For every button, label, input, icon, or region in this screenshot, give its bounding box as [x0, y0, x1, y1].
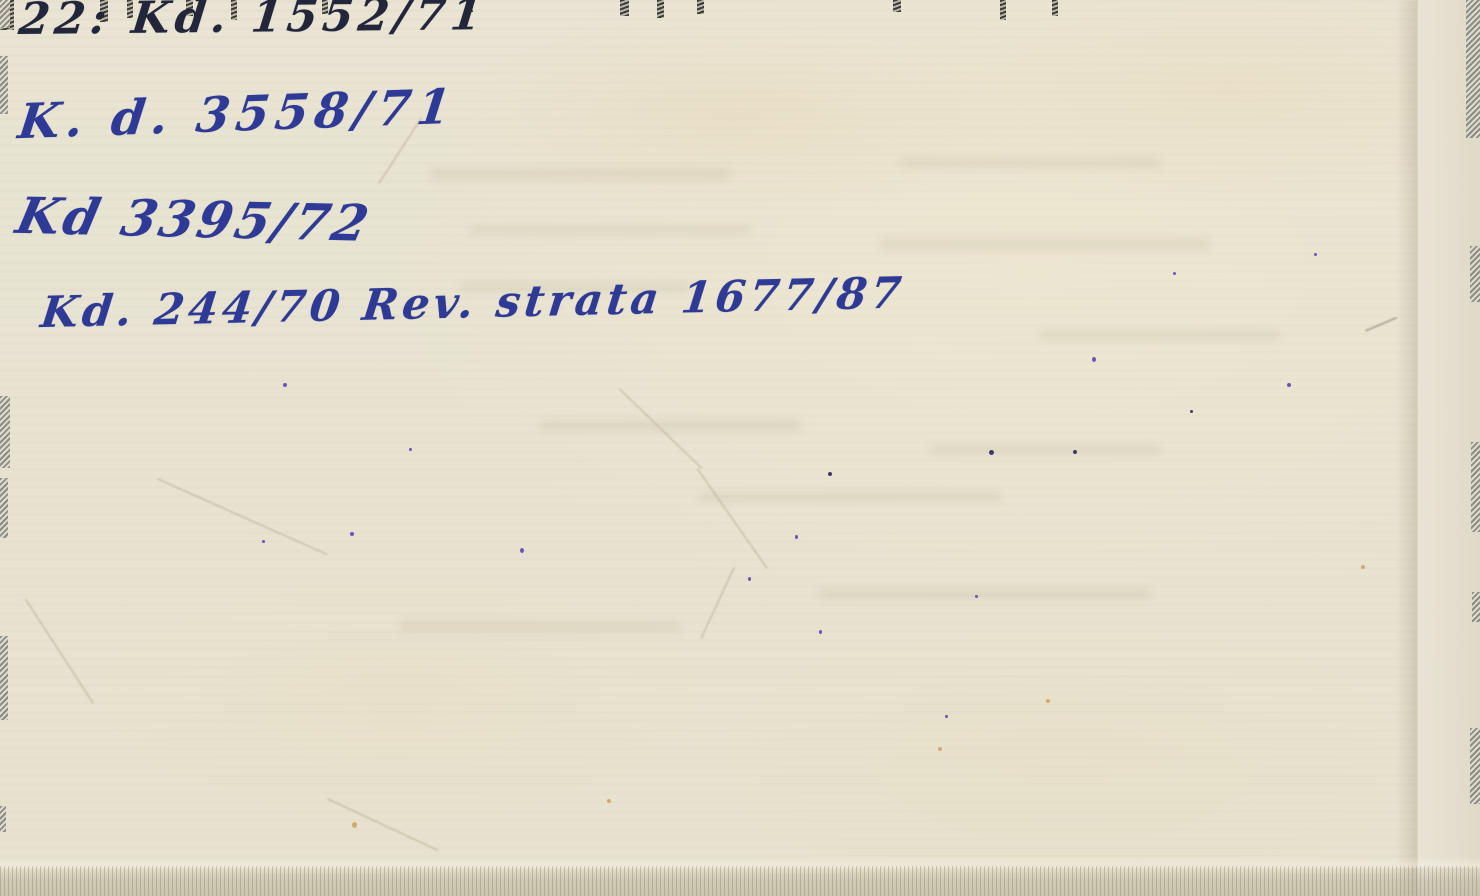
scan-edge-right — [1471, 442, 1480, 532]
bleed-through-smudge — [540, 420, 800, 432]
bleed-through-smudge — [820, 588, 1150, 600]
bleed-through-smudge — [430, 168, 730, 180]
ink-speckle — [1287, 383, 1291, 387]
scanned-card: 22: Kd. 1552/71 K. d. 3558/71 Kd 3395/72… — [0, 0, 1480, 896]
scan-edge-right — [1470, 246, 1480, 302]
paper-crease — [700, 567, 735, 639]
ink-speckle — [975, 595, 978, 598]
scan-edge-right — [1472, 592, 1480, 622]
rust-fleck — [352, 822, 357, 828]
card-bottom-edge-shadow — [0, 866, 1480, 896]
scan-edge-left — [0, 0, 10, 28]
bleed-through-smudge — [700, 492, 1000, 502]
ink-speckle — [945, 715, 948, 718]
ink-speckle — [283, 383, 287, 387]
scan-edge-right — [1466, 0, 1480, 138]
ink-speckle — [262, 540, 265, 543]
scan-edge-left — [0, 806, 6, 832]
cut-ink-stroke — [893, 0, 901, 12]
handwriting-line-4: Kd. 244/70 Rev. strata 1677/87 — [38, 268, 908, 338]
ink-speckle — [1190, 410, 1193, 413]
cut-ink-stroke — [1052, 0, 1058, 16]
paper-crease — [157, 478, 328, 555]
ink-speckle — [1092, 357, 1096, 362]
cut-ink-stroke — [657, 0, 664, 18]
scan-edge-right — [1470, 728, 1480, 804]
ink-speckle — [520, 548, 524, 553]
ink-speckle — [989, 450, 994, 455]
ink-speckle — [1173, 272, 1176, 275]
bleed-through-smudge — [400, 622, 680, 632]
scan-edge-left — [0, 56, 8, 114]
scan-edge-left — [0, 478, 8, 538]
ink-speckle — [1314, 253, 1317, 256]
bleed-through-smudge — [930, 445, 1160, 455]
ink-speckle — [819, 630, 822, 634]
bleed-through-smudge — [470, 225, 750, 235]
ink-speckle — [748, 577, 751, 581]
cut-ink-stroke — [620, 0, 629, 16]
ink-speckle — [409, 448, 412, 451]
ink-speckle — [1073, 450, 1077, 454]
paper-crease — [24, 598, 94, 704]
bleed-through-smudge — [900, 158, 1160, 168]
cut-ink-stroke — [1000, 0, 1006, 20]
rust-fleck — [607, 799, 611, 803]
bleed-through-smudge — [1040, 330, 1280, 340]
ink-speckle — [795, 535, 798, 539]
handwriting-line-2: K. d. 3558/71 — [15, 79, 460, 151]
paper-crease — [327, 798, 438, 851]
handwriting-line-1: 22: Kd. 1552/71 — [16, 0, 489, 45]
scan-edge-left — [0, 636, 8, 720]
rust-fleck — [1361, 565, 1365, 569]
scan-edge-left — [0, 396, 10, 468]
rust-fleck — [1046, 699, 1050, 703]
bleed-through-smudge — [880, 238, 1210, 250]
card-right-edge-shadow — [1396, 0, 1418, 896]
cut-ink-stroke — [697, 0, 704, 14]
paper-crease — [696, 468, 768, 569]
ink-speckle — [350, 532, 354, 536]
rust-fleck — [938, 747, 942, 751]
handwriting-line-3: Kd 3395/72 — [11, 186, 377, 253]
paper-crease — [1365, 317, 1397, 332]
ink-speckle — [828, 472, 832, 476]
